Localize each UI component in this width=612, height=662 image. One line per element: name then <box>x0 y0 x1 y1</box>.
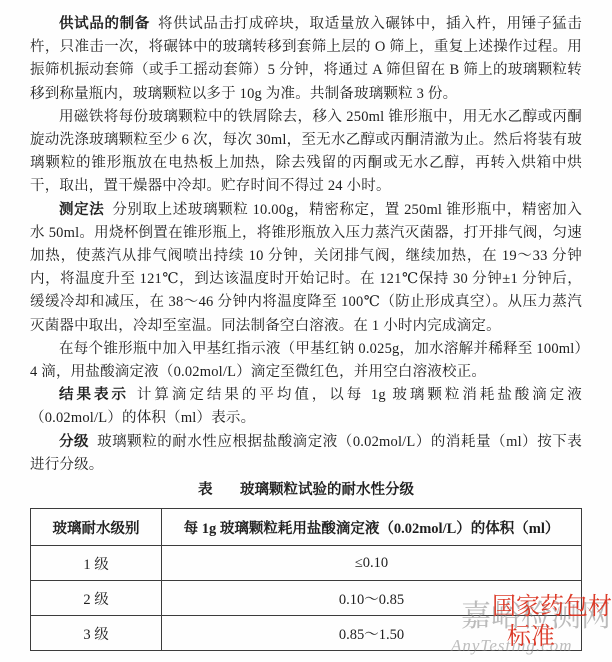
table-row: 1 级 ≤0.10 <box>31 546 582 581</box>
table-caption: 表玻璃颗粒试验的耐水性分级 <box>30 479 582 502</box>
paragraph-iron-removal: 用磁铁将每份玻璃颗粒中的铁屑除去，移入 250ml 锥形瓶中，用无水乙醇或丙酮旋… <box>30 106 582 199</box>
document-page: 供试品的制备将供试品击打成碎块，取适量放入碾钵中，插入杵，用锤子猛击杵，只准击一… <box>0 0 612 662</box>
stamp-line: 标准 <box>492 622 612 652</box>
paragraph-text: 在每个锥形瓶中加入甲基红指示液（甲基红钠 0.025g，加水溶解并稀释至 100… <box>30 341 582 380</box>
paragraph-text: 玻璃颗粒的耐水性应根据盐酸滴定液（0.02mol/L）的消耗量（ml）按下表进行… <box>30 434 582 473</box>
paragraph-label: 结果表示 <box>59 387 129 403</box>
grade-cell: 3 级 <box>31 616 162 651</box>
paragraph-label: 供试品的制备 <box>59 16 150 32</box>
table-caption-prefix: 表 <box>198 482 213 498</box>
paragraph-sample-preparation: 供试品的制备将供试品击打成碎块，取适量放入碾钵中，插入杵，用锤子猛击杵，只准击一… <box>30 13 582 106</box>
column-header-grade: 玻璃耐水级别 <box>31 509 162 546</box>
grade-cell: 1 级 <box>31 546 162 581</box>
paragraph-text: 分别取上述玻璃颗粒 10.00g，精密称定，置 250ml 锥形瓶中，精密加入水… <box>30 202 582 334</box>
stamp-line: 国家药包材 <box>492 592 612 622</box>
paragraph-titration: 在每个锥形瓶中加入甲基红指示液（甲基红钠 0.025g，加水溶解并稀释至 100… <box>30 338 582 384</box>
paragraph-result-expression: 结果表示计算滴定结果的平均值，以每 1g 玻璃颗粒消耗盐酸滴定液（0.02mol… <box>30 384 582 430</box>
paragraph-label: 分级 <box>59 434 89 450</box>
table-caption-title: 玻璃颗粒试验的耐水性分级 <box>240 482 414 498</box>
standard-stamp-watermark: 国家药包材 标准 <box>492 592 612 652</box>
table-header-row: 玻璃耐水级别 每 1g 玻璃颗粒耗用盐酸滴定液（0.02mol/L）的体积（ml… <box>31 509 582 546</box>
paragraph-label: 测定法 <box>59 202 104 218</box>
paragraph-determination-method: 测定法分别取上述玻璃颗粒 10.00g，精密称定，置 250ml 锥形瓶中，精密… <box>30 199 582 338</box>
column-header-volume: 每 1g 玻璃颗粒耗用盐酸滴定液（0.02mol/L）的体积（ml） <box>162 509 582 546</box>
volume-cell: ≤0.10 <box>162 546 582 581</box>
paragraph-grading: 分级玻璃颗粒的耐水性应根据盐酸滴定液（0.02mol/L）的消耗量（ml）按下表… <box>30 431 582 477</box>
paragraph-text: 用磁铁将每份玻璃颗粒中的铁屑除去，移入 250ml 锥形瓶中，用无水乙醇或丙酮旋… <box>30 109 582 195</box>
grade-cell: 2 级 <box>31 581 162 616</box>
